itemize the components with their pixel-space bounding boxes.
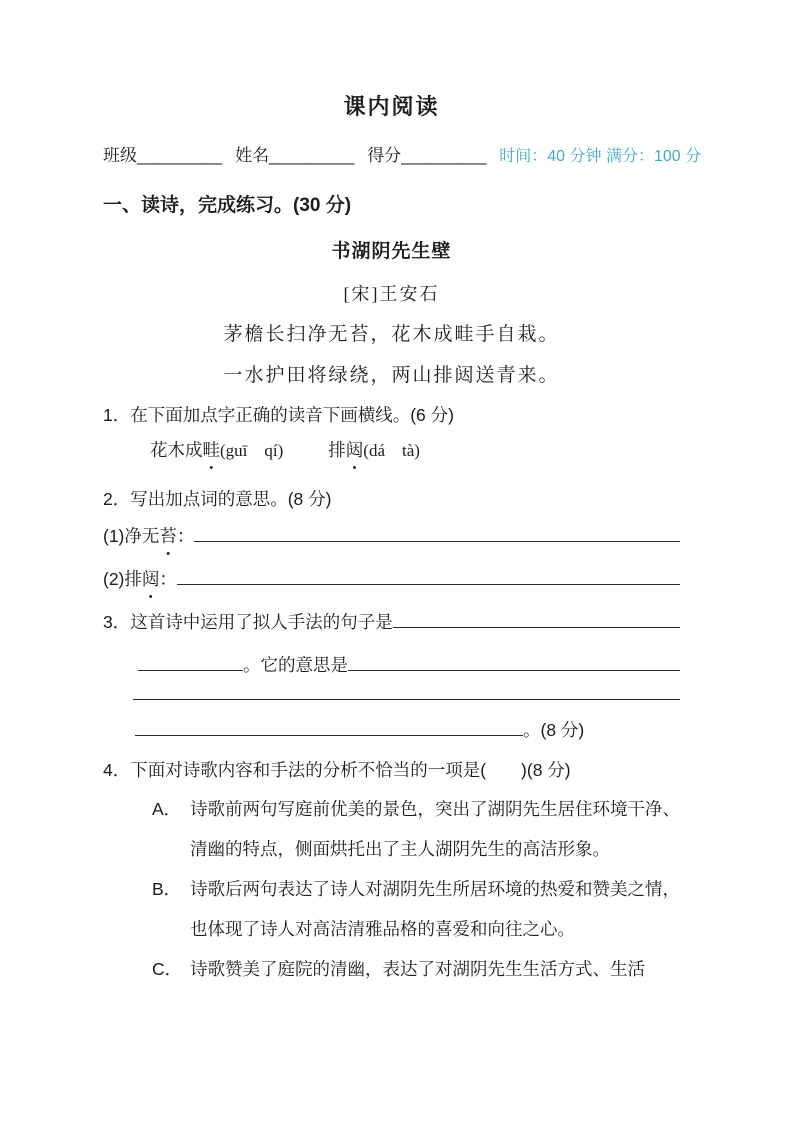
answer-blank xyxy=(138,667,243,671)
option-c-text: 诗歌赞美了庭院的清幽，表达了对湖阴先生生活方式、生活 xyxy=(190,949,680,989)
q3-mid-text: 。它的意思是 xyxy=(243,652,348,678)
section-one-heading: 一、读诗，完成练习。(30 分) xyxy=(103,193,680,219)
q2-sub1-term: (1)净无苔： xyxy=(103,523,194,549)
q3-tail-text: 。(8 分) xyxy=(523,717,584,743)
exam-time-fullmarks: 时间：40 分钟 满分：100 分 xyxy=(499,145,701,169)
q1-word-1: 花木成畦(guī qí) xyxy=(150,437,283,464)
q1-word-2-prefix: 排 xyxy=(328,440,346,460)
option-a: A． 诗歌前两句写庭前优美的景色，突出了湖阴先生居住环境干净、清幽的特点，侧面烘… xyxy=(152,789,680,869)
name-field: 姓名_________ xyxy=(235,144,354,168)
q2-sub2-term: (2)排闼： xyxy=(103,566,177,592)
question-3-line-3 xyxy=(133,696,680,700)
answer-blank xyxy=(348,667,680,671)
question-3-line-4: 。(8 分) xyxy=(135,717,680,743)
score-field: 得分_________ xyxy=(367,144,486,168)
q2-sub2-colon: ： xyxy=(159,569,177,589)
answer-blank xyxy=(135,732,523,736)
class-blank: _________ xyxy=(137,146,222,165)
question-3-line-1: 3．这首诗中运用了拟人手法的句子是 xyxy=(103,609,680,635)
question-1-content: 花木成畦(guī qí) 排闼(dá tà) xyxy=(150,437,680,464)
student-info-row: 班级_________ 姓名_________ 得分_________ 时间：4… xyxy=(103,144,680,169)
answer-blank xyxy=(393,624,680,628)
name-label: 姓名 xyxy=(235,146,269,165)
poem-line-2: 一水护田将绿绕，两山排闼送青来。 xyxy=(103,363,680,389)
q2-sub1-prefix: (1)净无 xyxy=(103,526,159,546)
q1-word-2: 排闼(dá tà) xyxy=(328,437,420,464)
option-c-key: C． xyxy=(152,949,190,989)
poem-block: 书湖阴先生壁 [宋]王安石 茅檐长扫净无苔，花木成畦手自栽。 一水护田将绿绕，两… xyxy=(103,239,680,389)
question-2-label: 2．写出加点词的意思。(8 分) xyxy=(103,486,680,512)
question-4-options: A． 诗歌前两句写庭前优美的景色，突出了湖阴先生居住环境干净、清幽的特点，侧面烘… xyxy=(152,789,680,989)
q3-lead-text: 3．这首诗中运用了拟人手法的句子是 xyxy=(103,609,393,635)
q1-word-1-prefix: 花木成 xyxy=(150,440,203,460)
option-b-text: 诗歌后两句表达了诗人对湖阴先生所居环境的热爱和赞美之情，也体现了诗人对高洁清雅品… xyxy=(190,869,680,949)
question-2-sub-2: (2)排闼： xyxy=(103,566,680,592)
score-label: 得分 xyxy=(367,146,401,165)
question-2-sub-1: (1)净无苔： xyxy=(103,523,680,549)
answer-blank xyxy=(177,581,680,585)
option-a-key: A． xyxy=(152,789,190,869)
option-b-key: B． xyxy=(152,869,190,949)
answer-blank xyxy=(194,538,680,542)
q1-word-2-pinyin: (dá tà) xyxy=(363,441,420,460)
page-title: 课内阅读 xyxy=(103,92,680,122)
q2-sub1-colon: ： xyxy=(177,526,195,546)
q2-sub2-dotted-char: 闼 xyxy=(142,566,160,592)
class-field: 班级_________ xyxy=(103,144,222,168)
score-blank: _________ xyxy=(401,146,486,165)
poem-line-1: 茅檐长扫净无苔，花木成畦手自栽。 xyxy=(103,322,680,348)
name-blank: _________ xyxy=(269,146,354,165)
worksheet-page: 课内阅读 班级_________ 姓名_________ 得分_________… xyxy=(0,0,793,1122)
q2-sub1-dotted-char: 苔 xyxy=(159,523,177,549)
class-label: 班级 xyxy=(103,146,137,165)
q1-word-2-dotted-char: 闼 xyxy=(346,437,364,463)
option-c: C． 诗歌赞美了庭院的清幽，表达了对湖阴先生生活方式、生活 xyxy=(152,949,680,989)
option-b: B． 诗歌后两句表达了诗人对湖阴先生所居环境的热爱和赞美之情，也体现了诗人对高洁… xyxy=(152,869,680,949)
q1-word-1-pinyin: (guī qí) xyxy=(220,441,283,460)
option-a-text: 诗歌前两句写庭前优美的景色，突出了湖阴先生居住环境干净、清幽的特点，侧面烘托出了… xyxy=(190,789,680,869)
poem-author: [宋]王安石 xyxy=(103,281,680,307)
q2-sub2-prefix: (2)排 xyxy=(103,569,142,589)
q1-word-1-dotted-char: 畦 xyxy=(203,437,221,463)
answer-blank xyxy=(133,696,680,700)
question-3-line-2: 。它的意思是 xyxy=(138,652,680,678)
question-1-label: 1．在下面加点字正确的读音下画横线。(6 分) xyxy=(103,402,680,428)
question-4-label: 4．下面对诗歌内容和手法的分析不恰当的一项是( )(8 分) xyxy=(103,757,680,783)
poem-title: 书湖阴先生壁 xyxy=(103,239,680,265)
